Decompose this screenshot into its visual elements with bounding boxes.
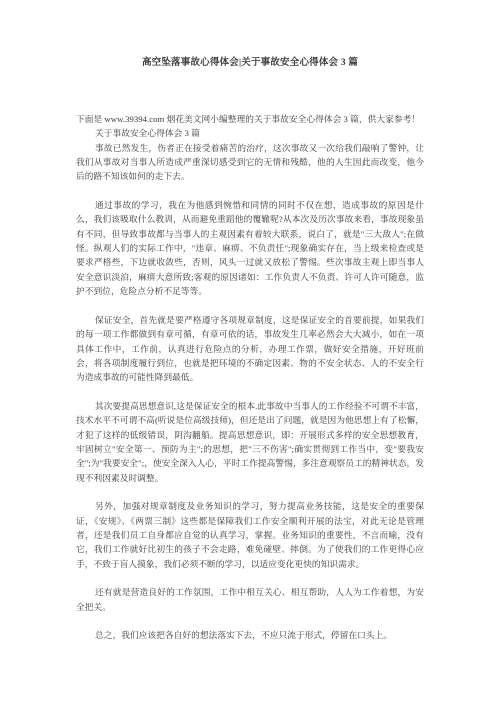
document-page: 高空坠落事故心得体会|关于事故安全心得体会 3 篇 下面是 www.39394.… <box>0 0 500 707</box>
paragraph-6: 还有就是营造良好的工作氛围，工作中相互关心、相互帮助，人人为工作着想，为安全把关… <box>76 585 424 614</box>
paragraph-2: 通过事故的学习，我在为他感到惋惜和同情的同时不仅在想，造成事故的原因是什么，我们… <box>76 198 424 298</box>
document-viewport: { "document": { "background_color": "#ff… <box>0 0 500 707</box>
paragraph-1: 事故已然发生，伤者正在接受着痛苦的治疗，这次事故又一次给我们敲响了警钟，让我们从… <box>76 141 424 184</box>
intro-line: 下面是 www.39394.com 烟花美文网小编整理的关于事故安全心得体会 3… <box>76 112 424 126</box>
paragraph-3: 保证安全，首先就是要严格遵守各项规章制度，这是保证安全的首要前提，如果我们的每一… <box>76 313 424 385</box>
document-body: 下面是 www.39394.com 烟花美文网小编整理的关于事故安全心得体会 3… <box>76 112 424 643</box>
paragraph-7: 总之，我们应该把各自好的想法落实下去，不应只流于形式，停留在口头上。 <box>76 628 424 642</box>
document-title: 高空坠落事故心得体会|关于事故安全心得体会 3 篇 <box>76 56 424 70</box>
paragraph-5: 另外，加强对规章制度及业务知识的学习，努力提高业务技能，这是安全的重要保证，《安… <box>76 499 424 571</box>
subtitle-line: 关于事故安全心得体会 3 篇 <box>76 126 424 140</box>
paragraph-4: 其次要提高思想意识,这是保证安全的根本.此事故中当事人的工作经验不可谓不丰富，技… <box>76 399 424 485</box>
